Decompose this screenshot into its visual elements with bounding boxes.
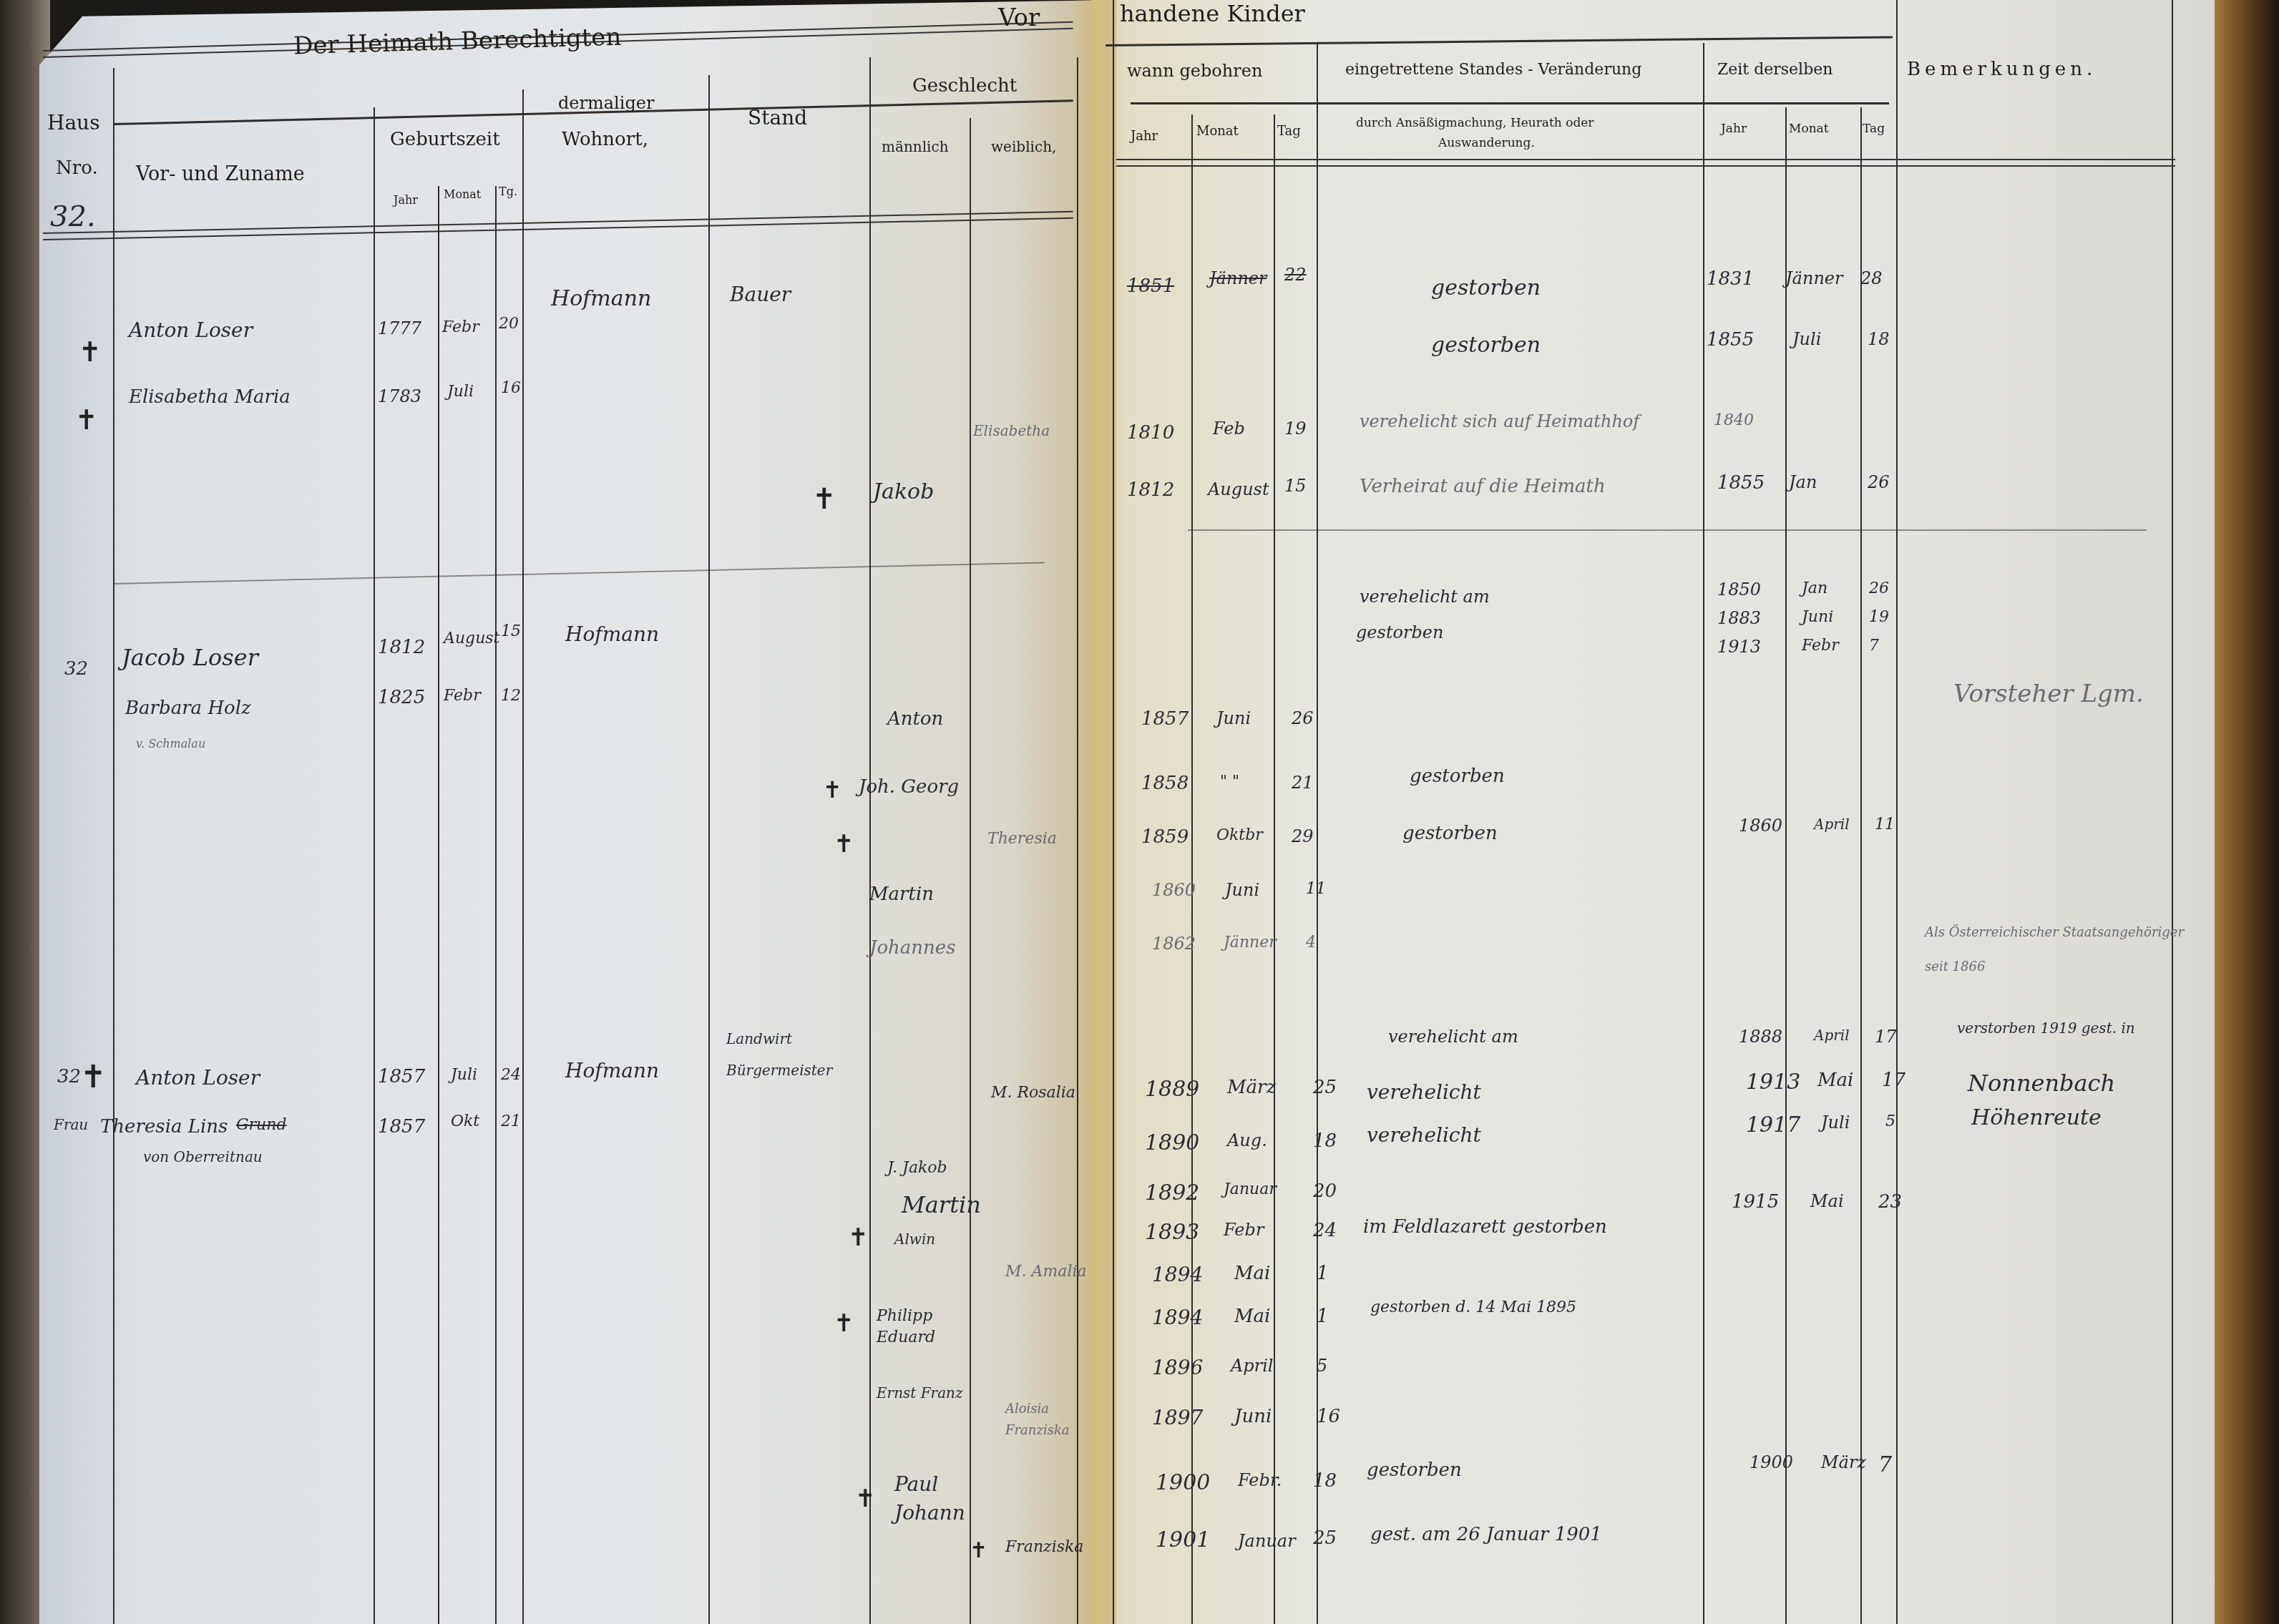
status-change: gest. am 26 Januar 1901: [1370, 1524, 1602, 1545]
child-birth-year: 1894: [1152, 1306, 1203, 1329]
person-name: Elisabetha Maria: [129, 386, 291, 408]
remark: Höhenreute: [1971, 1105, 2102, 1130]
right-header-bottom-rule: [1116, 159, 2175, 167]
change-month: Mai: [1810, 1191, 1844, 1211]
child-birth-year: 1897: [1152, 1406, 1203, 1429]
child-birth-month: Jänner: [1209, 268, 1267, 288]
status-change: verehelicht: [1367, 1123, 1481, 1147]
status-change: gestorben: [1367, 1459, 1462, 1481]
status-change: verehelicht sich auf Heimathhof: [1360, 411, 1639, 431]
deceased-cross-icon: ✝: [834, 1309, 854, 1338]
child-birth-day: 29: [1292, 826, 1314, 846]
birth-year: 1812: [378, 637, 425, 658]
book-edge: [2215, 0, 2279, 1624]
change-month-3: Febr: [1802, 637, 1839, 655]
change-day: 28: [1860, 268, 1883, 288]
right-title: handene Kinder: [1120, 0, 1305, 27]
change-day-3: 7: [1869, 637, 1879, 655]
son-name: Jakob: [873, 479, 934, 504]
change-month-2: Juni: [1802, 608, 1833, 626]
child-birth-year: 1851: [1127, 275, 1174, 297]
col-jahr-divider: [438, 186, 439, 1624]
residence: Hofmann: [565, 1059, 659, 1082]
remark: Nonnenbach: [1968, 1070, 2115, 1097]
status-change: verehelicht am: [1360, 587, 1490, 607]
son-name: Joh. Georg: [859, 776, 959, 798]
status-change-2: gestorben: [1356, 622, 1443, 642]
child-birth-day: 16: [1317, 1406, 1340, 1427]
col-bjahr-divider: [1191, 114, 1193, 1624]
right-margin-rule: [1113, 0, 1114, 1624]
header-wohnort-2: Wohnort,: [562, 129, 648, 150]
header-z-monat: Monat: [1789, 122, 1829, 136]
change-year-3: 1913: [1717, 637, 1761, 657]
col-haus-divider: [113, 68, 114, 1624]
child-birth-year: 1860: [1152, 880, 1196, 900]
col-geschlecht-divider: [970, 118, 971, 1624]
child-birth-year: 1857: [1141, 708, 1189, 730]
remark: verstorben 1919 gest. in: [1957, 1019, 2135, 1037]
register-book: Der Heimath Berechtigten Vor Haus Nro. 3…: [0, 0, 2279, 1624]
status-change: verehelicht: [1367, 1080, 1481, 1104]
stand: Bauer: [730, 283, 791, 306]
child-birth-year: 1896: [1152, 1356, 1203, 1379]
child-birth-year: 1889: [1145, 1077, 1199, 1102]
status-change: gestorben: [1431, 333, 1541, 358]
child-birth-month: Januar: [1224, 1180, 1277, 1198]
remark: Vorsteher Lgm.: [1953, 680, 2144, 708]
header-b-jahr: Jahr: [1131, 129, 1158, 144]
col-monat-divider: [495, 186, 497, 1624]
change-month: April: [1814, 816, 1850, 833]
header-geschlecht: Geschlecht: [912, 75, 1017, 97]
child-birth-month: Mai: [1234, 1306, 1270, 1327]
header-veraenderung-sub-2: Auswanderung.: [1438, 136, 1535, 150]
birth-day: 20: [499, 315, 519, 333]
change-year: 1855: [1717, 472, 1765, 494]
change-year: 1850: [1717, 579, 1761, 600]
child-birth-day: 25: [1313, 1527, 1337, 1549]
daughter-name: Elisabetha: [973, 422, 1050, 439]
header-weiblich: weiblich,: [991, 138, 1056, 155]
child-birth-year: 1894: [1152, 1263, 1203, 1286]
birth-day: 24: [501, 1066, 521, 1084]
stand: Landwirt Bürgermeister: [726, 1023, 862, 1086]
status-change: Verheirat auf die Heimath: [1360, 476, 1606, 497]
deceased-cross-icon: ✝: [834, 830, 854, 859]
header-geb-monat: Monat: [444, 187, 481, 201]
col-weiblich-divider: [1077, 57, 1078, 1624]
person-name-struck: Grund: [236, 1116, 287, 1134]
change-year: 1917: [1746, 1112, 1800, 1138]
birth-year: 1857: [378, 1066, 425, 1087]
child-birth-year: 1901: [1156, 1527, 1210, 1552]
header-name: Vor- und Zuname: [136, 163, 305, 185]
son-name: Anton: [887, 708, 943, 730]
house-number: 32.: [50, 200, 96, 233]
change-day: 23: [1878, 1191, 1902, 1213]
status-change: im Feldlazarett gestorben: [1363, 1216, 1607, 1238]
child-birth-year: 1812: [1127, 479, 1174, 501]
child-birth-month: Febr.: [1238, 1470, 1282, 1490]
col-change-divider: [1703, 43, 1704, 1624]
son-name: Martin: [869, 884, 934, 905]
person-name: Anton Loser: [129, 318, 253, 342]
child-birth-day: 11: [1306, 880, 1326, 898]
status-change: gestorben: [1431, 275, 1541, 300]
header-z-jahr: Jahr: [1721, 122, 1747, 136]
header-geb-tag: Tg.: [499, 185, 517, 198]
change-day: 18: [1868, 329, 1890, 349]
page-gutter: [1073, 0, 1116, 1624]
deceased-cross-icon: ✝: [80, 1059, 107, 1095]
son-name: Johannes: [869, 937, 956, 959]
child-birth-day: 26: [1292, 708, 1314, 728]
header-b-tag: Tag: [1277, 124, 1301, 139]
change-month: Jänner: [1785, 268, 1843, 288]
child-birth-day: 21: [1292, 773, 1314, 793]
name-prefix: Frau: [54, 1116, 88, 1133]
header-maennlich: männlich: [882, 138, 949, 155]
child-birth-day: 19: [1284, 419, 1307, 439]
child-birth-month: Juni: [1234, 1406, 1272, 1427]
entry-separator: [1188, 529, 2147, 531]
person-name: Barbara Holz: [125, 698, 251, 719]
left-page: [39, 0, 1116, 1624]
birth-year: 1825: [378, 687, 425, 708]
son-name: Ernst Franz: [877, 1384, 962, 1402]
change-year: 1913: [1746, 1070, 1800, 1095]
son-name: Martin: [902, 1191, 981, 1218]
child-birth-year: 1900: [1156, 1470, 1210, 1495]
change-month: Jan: [1789, 472, 1817, 492]
change-year: 1888: [1739, 1027, 1782, 1047]
change-day: 26: [1869, 579, 1889, 597]
person-name: Anton Loser: [136, 1066, 260, 1090]
header-vor: Vor: [998, 4, 1040, 32]
child-birth-day: 18: [1313, 1470, 1337, 1492]
child-birth-month: Jänner: [1224, 934, 1277, 952]
child-birth-day: 15: [1284, 476, 1307, 496]
status-change: gestorben: [1410, 765, 1505, 787]
child-birth-month: Febr: [1224, 1220, 1264, 1240]
child-birth-month: Juni: [1225, 880, 1259, 900]
birth-month: Febr: [442, 318, 479, 336]
birth-day: 21: [501, 1112, 521, 1130]
child-birth-year: 1893: [1145, 1220, 1199, 1245]
right-outer-rule: [2172, 0, 2173, 1624]
daughter-name: Aloisia Franziska: [1005, 1399, 1106, 1442]
deceased-cross-icon: ✝: [848, 1223, 869, 1252]
change-month: März: [1821, 1452, 1866, 1472]
residence: Hofmann: [551, 286, 651, 311]
change-day: 7: [1878, 1452, 1892, 1477]
status-change: verehelicht am: [1388, 1027, 1518, 1047]
son-name: J. Jakob: [887, 1159, 947, 1177]
child-birth-day: 5: [1317, 1356, 1327, 1376]
birth-month: Juli: [447, 383, 474, 401]
header-veraenderung: eingetrettene Standes - Veränderung: [1345, 61, 1641, 79]
child-birth-day: 1: [1317, 1263, 1329, 1284]
child-birth-day: 18: [1313, 1130, 1337, 1152]
change-year: 1840: [1714, 411, 1754, 429]
birth-month: Juli: [451, 1066, 477, 1084]
child-birth-year: 1862: [1152, 934, 1196, 954]
deceased-cross-icon: ✝: [79, 336, 102, 368]
change-year-2: 1883: [1717, 608, 1761, 628]
person-name: Theresia Lins: [100, 1116, 228, 1138]
change-day: 17: [1875, 1027, 1897, 1047]
child-birth-day: 25: [1313, 1077, 1337, 1098]
remark: Als Österreichischer Staatsangehöriger s…: [1925, 916, 2190, 984]
col-name-divider: [374, 107, 375, 1624]
residence: Hofmann: [565, 622, 659, 646]
header-z-tag: Tag: [1863, 122, 1885, 136]
change-year: 1855: [1707, 329, 1754, 351]
col-bemerkungen-divider: [1896, 0, 1898, 1624]
right-page: [1091, 0, 2229, 1624]
birth-day: 12: [501, 687, 521, 705]
change-month: Mai: [1817, 1070, 1853, 1091]
child-birth-month: April: [1231, 1356, 1274, 1376]
child-birth-day: 4: [1306, 934, 1316, 952]
daughter-name: Theresia: [987, 830, 1057, 848]
change-day: 5: [1885, 1112, 1895, 1130]
header-nro: Nro.: [56, 157, 98, 179]
header-geburtszeit: Geburtszeit: [390, 129, 500, 150]
child-birth-month: Feb: [1213, 419, 1245, 439]
child-birth-year: 1859: [1141, 826, 1189, 848]
child-birth-month: März: [1227, 1077, 1276, 1098]
right-subheader-rule: [1131, 102, 1889, 104]
child-birth-day: 20: [1313, 1180, 1337, 1202]
change-month: Juli: [1821, 1112, 1850, 1133]
birth-day: 15: [501, 622, 521, 640]
header-stand: Stand: [748, 106, 807, 129]
col-stand-divider: [869, 57, 871, 1624]
change-day-2: 19: [1869, 608, 1889, 626]
status-change: gestorben d. 14 Mai 1895: [1370, 1298, 1576, 1316]
header-haus: Haus: [47, 111, 100, 134]
status-change: gestorben: [1402, 823, 1498, 844]
son-name: Alwin: [894, 1231, 935, 1248]
child-birth-month: " ": [1220, 773, 1239, 791]
child-birth-month: Juni: [1216, 708, 1251, 728]
house-number: 32: [64, 658, 88, 680]
child-birth-month: Aug.: [1227, 1130, 1267, 1150]
header-bemerkungen: Bemerkungen.: [1907, 59, 2097, 80]
son-name: Paul Johann: [894, 1470, 973, 1527]
child-birth-year: 1890: [1145, 1130, 1199, 1155]
col-cmonat-divider: [1860, 107, 1862, 1624]
change-day: 11: [1875, 816, 1895, 833]
col-cjahr-divider: [1785, 107, 1787, 1624]
change-year: 1831: [1707, 268, 1754, 290]
header-wohnort-1: dermaliger: [558, 93, 655, 113]
change-year: 1860: [1739, 816, 1782, 836]
son-name: Philipp Eduard: [877, 1306, 991, 1349]
house-number: 32: [57, 1066, 81, 1087]
col-btag-divider: [1317, 43, 1318, 1624]
child-birth-month: Mai: [1234, 1263, 1270, 1284]
header-veraenderung-sub-1: durch Ansäßigmachung, Heurath oder: [1356, 116, 1594, 130]
birth-month: August: [444, 630, 499, 647]
child-birth-day: 1: [1317, 1306, 1329, 1327]
change-day: 17: [1882, 1070, 1905, 1091]
change-year: 1900: [1749, 1452, 1793, 1472]
child-birth-month: Oktbr: [1216, 826, 1263, 844]
child-birth-year: 1810: [1127, 422, 1174, 444]
change-month: Jan: [1802, 579, 1827, 597]
birth-year: 1783: [378, 386, 421, 406]
daughter-name: M. Rosalia: [991, 1084, 1075, 1102]
deceased-cross-icon: ✝: [970, 1538, 987, 1563]
child-birth-year: 1858: [1141, 773, 1189, 794]
deceased-cross-icon: ✝: [823, 776, 842, 803]
birth-year: 1777: [378, 318, 421, 338]
change-year: 1915: [1732, 1191, 1779, 1213]
daughter-name: Franziska: [1005, 1538, 1083, 1556]
person-origin: von Oberreitnau: [143, 1148, 263, 1165]
person-name: Jacob Loser: [122, 644, 258, 671]
birth-year: 1857: [378, 1116, 425, 1138]
deceased-cross-icon: ✝: [855, 1484, 876, 1513]
birth-day: 16: [501, 379, 521, 397]
child-birth-month: August: [1208, 479, 1269, 499]
child-birth-day: 24: [1313, 1220, 1337, 1241]
header-wann-gebohren: wann gebohren: [1127, 61, 1262, 81]
child-birth-year: 1892: [1145, 1180, 1199, 1205]
change-month: April: [1814, 1027, 1850, 1044]
person-origin: v. Schmalau: [136, 737, 205, 750]
col-geb-divider: [522, 89, 524, 1624]
change-month: Juli: [1792, 329, 1821, 349]
deceased-cross-icon: ✝: [812, 483, 836, 516]
birth-month: Febr: [444, 687, 481, 705]
header-b-monat: Monat: [1196, 124, 1239, 139]
header-geb-jahr: Jahr: [394, 193, 418, 207]
birth-month: Okt: [451, 1112, 479, 1130]
daughter-name: M. Amalia: [1005, 1263, 1087, 1281]
col-wohnort-divider: [708, 75, 710, 1624]
col-bmonat-divider: [1274, 114, 1275, 1624]
child-birth-day: 22: [1284, 265, 1307, 285]
child-birth-month: Januar: [1238, 1531, 1296, 1551]
header-zeit-derselben: Zeit derselben: [1717, 61, 1833, 79]
deceased-cross-icon: ✝: [75, 404, 98, 436]
change-day: 26: [1868, 472, 1890, 492]
